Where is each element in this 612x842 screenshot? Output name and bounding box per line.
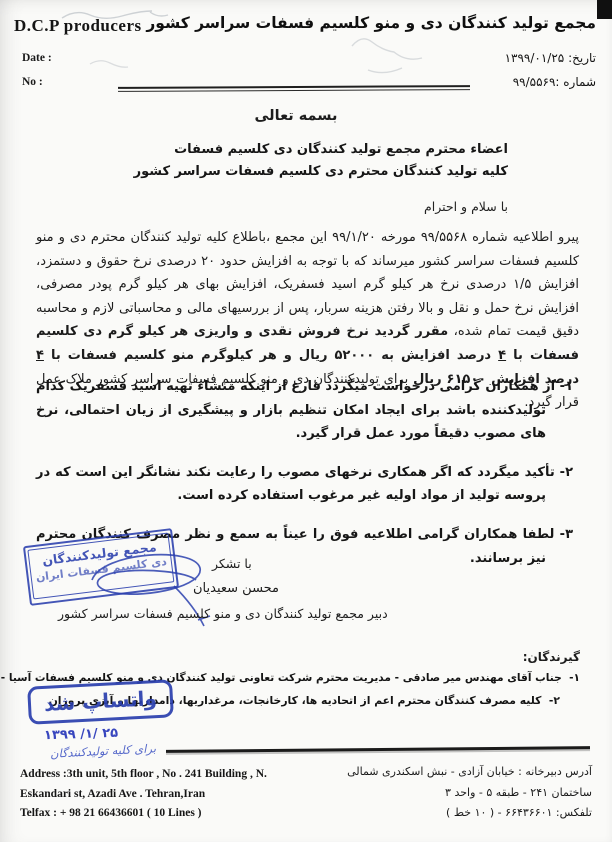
addressee-line-1: اعضاء محترم مجمع تولید کنندگان دی کلسیم … — [134, 139, 508, 161]
date-value: ۱۳۹۹/۰۱/۲۵ — [505, 51, 565, 65]
point-1-number: ۱- — [560, 379, 573, 394]
footer-en-line1: Address :3th unit, 5th floor , No . 241 … — [20, 765, 267, 785]
closing-thanks: با تشکر — [212, 556, 252, 571]
org-name-english: D.C.P producers — [14, 16, 142, 36]
date-label-english: Date : — [22, 52, 52, 64]
association-stamp-inner: مجمع تولیدکنندگان دی کلسیم فسفات ایران — [27, 533, 174, 600]
footer-fa-line2: ساختمان ۲۴۱ - طبقه ۵ - واحد ۳ — [347, 783, 592, 804]
point-2-number: ۲- — [560, 465, 573, 480]
point-2-text: تأکید میگردد که اگر همکاری نرخهای مصوب ر… — [36, 465, 555, 504]
number-label-persian: شماره : — [555, 75, 596, 89]
org-name-persian: مجمع تولید کنندگان دی و منو کلسیم فسفات … — [146, 14, 596, 32]
addressee-block: اعضاء محترم مجمع تولید کنندگان دی کلسیم … — [134, 139, 508, 183]
footer-en-line3: Telfax : + 98 21 66436601 ( 10 Lines ) — [20, 804, 267, 824]
handwritten-date: ۱۳۹۹ /۱/ ۲۵ — [44, 726, 119, 744]
recipients-heading: گیرندگان: — [523, 650, 580, 664]
salutation: با سلام و احترام — [424, 199, 508, 214]
besmellah-heading: بسمه تعالی — [0, 108, 592, 124]
signer-title: دبیر مجمع تولید کنندگان دی و منو کلسیم ف… — [58, 606, 388, 621]
point-2: ۲- تأکید میگردد که اگر همکاری نرخهای مصو… — [36, 461, 573, 508]
signer-name: محسن سعیدیان — [193, 581, 279, 596]
scan-corner-artifact — [597, 0, 612, 19]
recipient-1-number: ۱- — [569, 672, 580, 684]
point-3-number: ۳- — [560, 527, 573, 542]
footer-divider — [166, 746, 590, 752]
footer-fa-line1: آدرس دبیرخانه : خیابان آزادی - نبش اسکند… — [347, 762, 592, 783]
footer-address-persian: آدرس دبیرخانه : خیابان آزادی - نبش اسکند… — [347, 762, 592, 824]
whatsapp-sent-stamp: واتساپ شد — [27, 679, 174, 725]
date-label-persian: تاریخ: — [568, 51, 596, 65]
paragraph-dcp-rate-bold: درصد افزایش به ۵۲۰۰۰ ریال و هر کیلوگرم م… — [44, 348, 498, 363]
recipient-1: ۱- جناب آقای مهندس میر صادقی - مدیریت مح… — [0, 672, 580, 684]
percent-four-underlined: ۴ — [498, 348, 506, 363]
number-field-persian: شماره :۹۹/۵۵۶۹ — [513, 75, 596, 89]
recipient-1-text: جناب آقای مهندس میر صادقی - مدیریت محترم… — [0, 672, 562, 684]
number-value: ۹۹/۵۵۶۹ — [513, 75, 556, 89]
point-1-text: از همکاران گرامی درخواست میگردد فارغ از … — [36, 379, 555, 441]
footer-fa-line3: تلفکس: ۶۶۴۳۶۶۰۱ - ( ۱۰ خط ) — [347, 803, 592, 824]
percent-four-underlined-2: ۴ — [36, 348, 44, 363]
recipient-2-number: ۲- — [549, 694, 560, 707]
addressee-line-2: کلیه تولید کنندگان محترم دی کلسیم فسفات … — [134, 161, 508, 183]
header-divider — [118, 85, 470, 92]
number-label-english: No : — [22, 76, 43, 88]
scanned-letter-page: D.C.P producers مجمع تولید کنندگان دی و … — [0, 0, 612, 842]
footer-address-english: Address :3th unit, 5th floor , No . 241 … — [20, 765, 267, 824]
paragraph-intro: پیرو اطلاعیه شماره ۹۹/۵۵۶۸ مورخه ۹۹/۱/۲۰… — [36, 230, 579, 339]
footer-en-line2: Eskandari st, Azadi Ave . Tehran,Iran — [20, 785, 267, 805]
point-1: ۱- از همکاران گرامی درخواست میگردد فارغ … — [36, 375, 573, 446]
handwritten-note: برای کلیه تولیدکنندگان — [50, 741, 157, 761]
date-field-persian: تاریخ: ۱۳۹۹/۰۱/۲۵ — [505, 51, 596, 65]
